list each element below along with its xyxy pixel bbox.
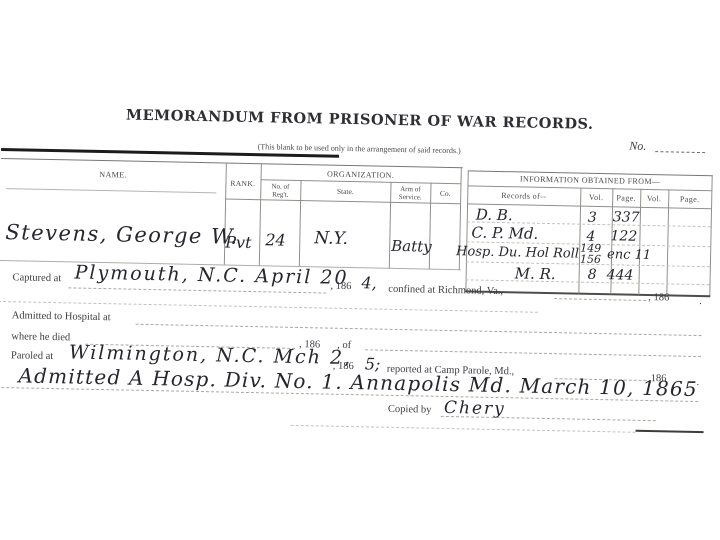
record-vol-hw: 8 xyxy=(588,267,597,283)
record-source-hw: C. P. Md. xyxy=(471,223,538,242)
info-divider xyxy=(578,188,581,294)
col-header-state: State. xyxy=(300,187,390,197)
col-header-vol-1: Vol. xyxy=(580,193,612,203)
entry-state-hw: N.Y. xyxy=(314,228,348,249)
copied-label: Copied by xyxy=(388,404,432,416)
col-header-records-of: Records of-- xyxy=(467,190,580,201)
scan-edge-line xyxy=(291,425,636,433)
captured-year2-prefix: , 186 xyxy=(648,292,669,303)
paroled-overflow-hw: Admitted A Hosp. Div. No. 1. Annapolis M… xyxy=(18,363,698,401)
captured-year-hw: 4, xyxy=(361,273,377,292)
info-box-right xyxy=(709,175,712,296)
info-divider xyxy=(638,189,641,295)
name-underline xyxy=(6,188,216,193)
document-subtitle: (This blank to be used only in the arran… xyxy=(1,137,717,160)
blank-line xyxy=(365,349,701,357)
col-header-page-1: Page. xyxy=(612,193,640,203)
record-page-hw: enc 11 xyxy=(607,247,651,263)
record-source-hw: D. B. xyxy=(476,206,513,225)
record-vol-hw: 149 156 xyxy=(580,243,601,265)
confined-label: confined at Richmond, Va., xyxy=(388,284,503,297)
captured-year-prefix: , 186 xyxy=(330,281,351,292)
col-header-vol-2: Vol. xyxy=(640,194,668,204)
blank-line xyxy=(136,324,702,336)
entry-name-hw: Stevens, George W. xyxy=(5,220,239,249)
paroled-label: Paroled at xyxy=(11,350,53,362)
entry-regt-hw: 24 xyxy=(265,230,286,249)
col-header-arm: Arm of Service. xyxy=(390,185,430,202)
record-page-hw: 444 xyxy=(607,267,634,284)
col-header-co: Co. xyxy=(430,190,460,199)
record-vol-hw: 3 xyxy=(588,210,597,226)
line-period: . xyxy=(699,296,702,307)
blank-line xyxy=(68,287,326,293)
col-header-rank: RANK. xyxy=(225,179,260,189)
record-page-hw: 122 xyxy=(610,228,637,245)
document-title: MEMORANDUM FROM PRISONER OF WAR RECORDS. xyxy=(2,104,718,135)
table-top-border xyxy=(1,158,463,168)
died-label: where he died xyxy=(11,331,70,343)
record-source-hw: Hosp. Du. Hol Roll xyxy=(456,244,579,261)
info-divider xyxy=(666,189,669,295)
scan-edge-mark xyxy=(636,430,704,433)
hospital-label: Admitted to Hospital at xyxy=(12,310,111,323)
blank-line xyxy=(554,298,646,301)
info-box-left xyxy=(465,170,468,291)
col-header-name: NAME. xyxy=(1,168,226,182)
entry-rank-hw: Pvt xyxy=(225,233,252,253)
record-source-hw: M. R. xyxy=(515,264,556,283)
captured-place-hw: Plymouth, N.C. April 20 xyxy=(74,261,348,288)
record-page-hw: 337 xyxy=(613,209,640,226)
col-header-page-2: Page. xyxy=(668,194,711,204)
col-header-regt: No. of Reg't. xyxy=(260,182,300,199)
scanned-document: MEMORANDUM FROM PRISONER OF WAR RECORDS.… xyxy=(0,104,718,498)
entry-arm-hw: Batty xyxy=(391,237,432,256)
captured-label: Captured at xyxy=(12,272,61,284)
